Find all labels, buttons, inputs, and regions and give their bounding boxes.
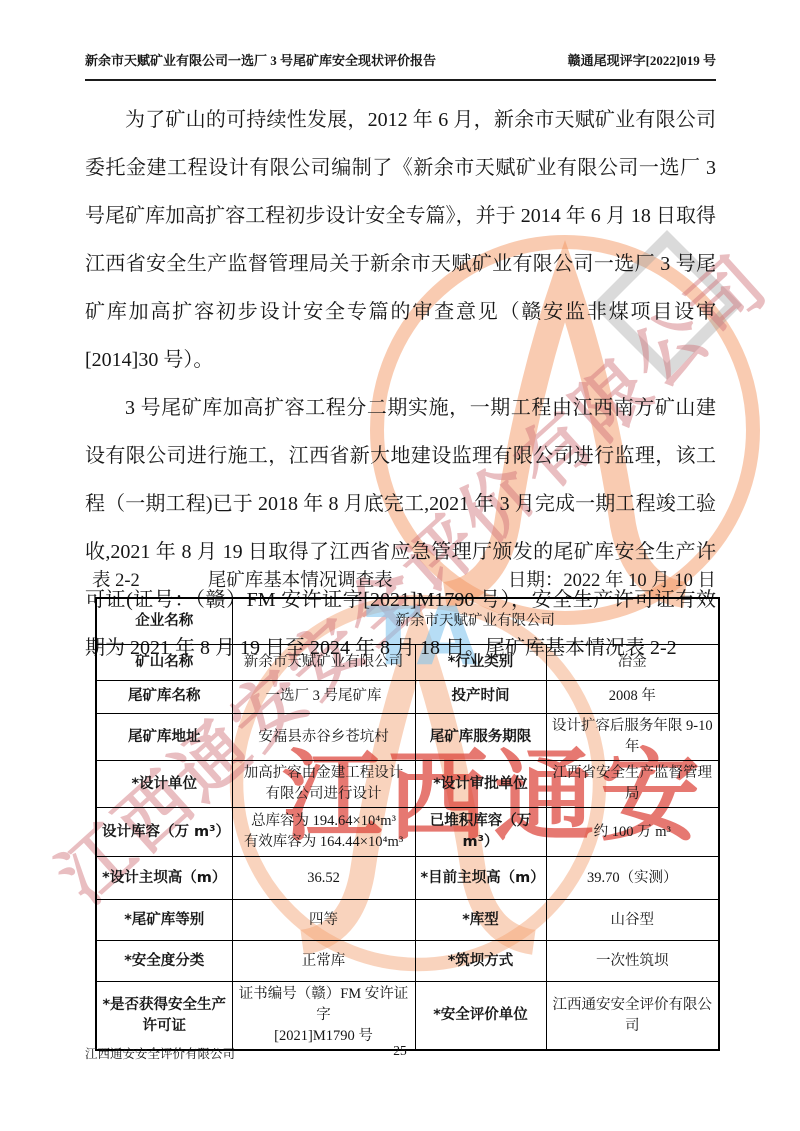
cell-label: 设计库容（万 m³）: [96, 808, 232, 857]
cell-label: *是否获得安全生产许可证: [96, 982, 232, 1051]
table-caption: 表 2-2 尾矿库基本情况调查表 日期：2022 年 10 月 10 日: [92, 566, 716, 592]
cell-label: *库型: [415, 900, 546, 941]
table-title: 尾矿库基本情况调查表: [208, 566, 393, 592]
page-number: 25: [0, 1043, 800, 1059]
table-row: 企业名称 新余市天赋矿业有限公司: [96, 598, 719, 645]
cell-value: 山谷型: [546, 900, 719, 941]
table-date: 日期：2022 年 10 月 10 日: [508, 566, 716, 592]
document-page: 江西通安安全评价有限公司 江西通安 TA 新余市天赋矿业有限公司一选厂 3 号尾…: [0, 0, 800, 1131]
cell-label: *安全评价单位: [415, 982, 546, 1051]
cell-label: 已堆积库容（万 m³）: [415, 808, 546, 857]
table-row: 尾矿库地址 安福县赤谷乡苍坑村 尾矿库服务期限 设计扩容后服务年限 9-10 年: [96, 714, 719, 761]
cell-value: 总库容为 194.64×10⁴m³ 有效库容为 164.44×10⁴m³: [232, 808, 415, 857]
cell-value: 2008 年: [546, 681, 719, 714]
cell-value: 39.70（实测）: [546, 857, 719, 900]
table-row: *是否获得安全生产许可证 证书编号（赣）FM 安许证字 [2021]M1790 …: [96, 982, 719, 1051]
basic-info-table: 企业名称 新余市天赋矿业有限公司 矿山名称 新余市天赋矿业有限公司 *行业类别 …: [95, 597, 720, 1051]
cell-value: 一次性筑坝: [546, 941, 719, 982]
cell-value: 36.52: [232, 857, 415, 900]
cell-label: 投产时间: [415, 681, 546, 714]
cell-label: *安全度分类: [96, 941, 232, 982]
cell-label: *设计主坝高（m）: [96, 857, 232, 900]
cell-value: 江西通安安全评价有限公司: [546, 982, 719, 1051]
table-number: 表 2-2: [92, 566, 140, 592]
table-row: 尾矿库名称 一选厂 3 号尾矿库 投产时间 2008 年: [96, 681, 719, 714]
cell-label: 尾矿库名称: [96, 681, 232, 714]
table-row: *安全度分类 正常库 *筑坝方式 一次性筑坝: [96, 941, 719, 982]
cell-label: 尾矿库服务期限: [415, 714, 546, 761]
table-row: 矿山名称 新余市天赋矿业有限公司 *行业类别 冶金: [96, 645, 719, 681]
table-row: *设计主坝高（m） 36.52 *目前主坝高（m） 39.70（实测）: [96, 857, 719, 900]
page-header: 新余市天赋矿业有限公司一选厂 3 号尾矿库安全现状评价报告 赣通尾现评字[202…: [85, 50, 716, 81]
table-row: *设计单位 加高扩容由金建工程设计有限公司进行设计 *设计审批单位 江西省安全生…: [96, 761, 719, 808]
paragraph-1: 为了矿山的可持续性发展，2012 年 6 月，新余市天赋矿业有限公司委托金建工程…: [85, 96, 716, 384]
cell-value: 约 100 万 m³: [546, 808, 719, 857]
cell-label: 尾矿库地址: [96, 714, 232, 761]
cell-label: *尾矿库等别: [96, 900, 232, 941]
cell-label: *行业类别: [415, 645, 546, 681]
cell-value: 证书编号（赣）FM 安许证字 [2021]M1790 号: [232, 982, 415, 1051]
cell-value: 冶金: [546, 645, 719, 681]
cell-value: 安福县赤谷乡苍坑村: [232, 714, 415, 761]
cell-value: 加高扩容由金建工程设计有限公司进行设计: [232, 761, 415, 808]
table-row: 设计库容（万 m³） 总库容为 194.64×10⁴m³ 有效库容为 164.4…: [96, 808, 719, 857]
cell-label: 矿山名称: [96, 645, 232, 681]
cell-label: *筑坝方式: [415, 941, 546, 982]
cell-value: 江西省安全生产监督管理局: [546, 761, 719, 808]
table-row: *尾矿库等别 四等 *库型 山谷型: [96, 900, 719, 941]
cell-label: *设计审批单位: [415, 761, 546, 808]
page-content: 新余市天赋矿业有限公司一选厂 3 号尾矿库安全现状评价报告 赣通尾现评字[202…: [0, 0, 800, 1131]
cell-label: *目前主坝高（m）: [415, 857, 546, 900]
header-report-title: 新余市天赋矿业有限公司一选厂 3 号尾矿库安全现状评价报告: [85, 50, 436, 69]
cell-value: 正常库: [232, 941, 415, 982]
cell-label: 企业名称: [96, 598, 232, 645]
cell-value: 新余市天赋矿业有限公司: [232, 598, 719, 645]
cell-value: 新余市天赋矿业有限公司: [232, 645, 415, 681]
cell-value: 设计扩容后服务年限 9-10 年: [546, 714, 719, 761]
cell-value: 四等: [232, 900, 415, 941]
cell-label: *设计单位: [96, 761, 232, 808]
header-document-number: 赣通尾现评字[2022]019 号: [568, 50, 716, 69]
cell-value: 一选厂 3 号尾矿库: [232, 681, 415, 714]
